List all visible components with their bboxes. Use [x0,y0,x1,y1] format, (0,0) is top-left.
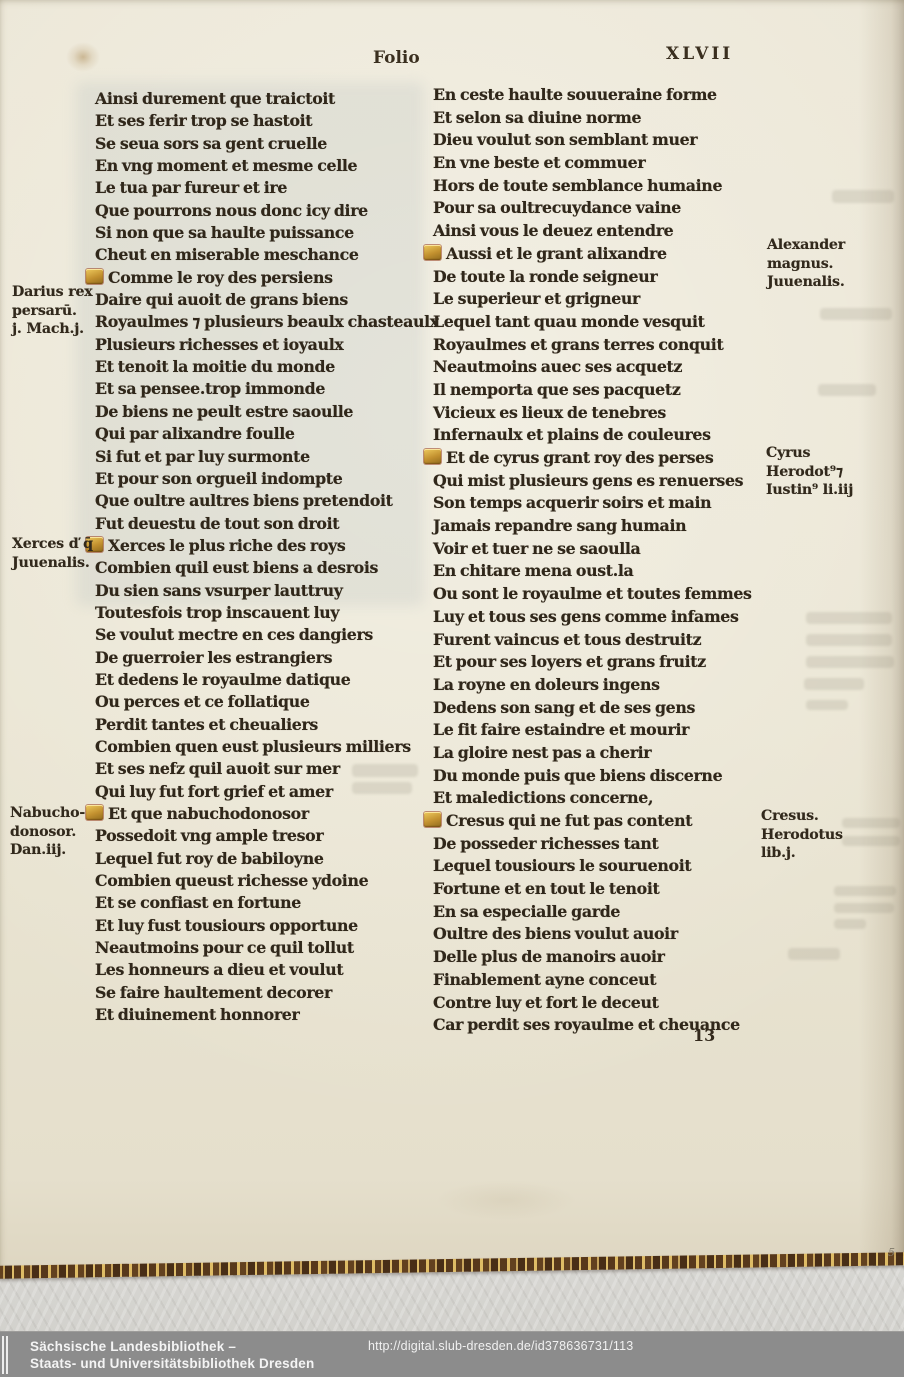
verse-line: La royne en doleurs ingens [433,674,773,697]
verse-line: Et ses ferir trop se hastoit [95,110,435,132]
verse-line: Se faire haultement decorer [95,982,435,1004]
verse-line: Neautmoins auec ses acquetz [433,356,773,379]
bleed-through-smudge [818,384,876,396]
verse-line: Son temps acquerir soirs et main [433,492,773,515]
text-column-right: En ceste haulte souueraine formeEt selon… [433,84,773,1037]
verse-line: Contre luy et fort le deceut [433,992,773,1015]
library-name-line1: Sächsische Landesbibliothek – [30,1338,314,1355]
verse-line: De biens ne peult estre saoulle [95,401,435,423]
edge-pencil-number: 5 [888,1246,895,1259]
verse-line: Que pourrons nous donc icy dire [95,200,435,222]
verse-line: Il nemporta que ses pacquetz [433,379,773,402]
verse-line: Du monde puis que biens discerne [433,765,773,788]
illuminated-paragraph-initial [424,245,441,260]
bleed-through-smudge [806,612,892,624]
margin-note-line: Darius rex [12,283,93,302]
bleed-through-smudge [842,836,900,846]
verse-line: Et tenoit la moitie du monde [95,356,435,378]
verse-line: Se voulut mectre en ces dangiers [95,624,435,646]
verse-line: En chitare mena oust.la [433,560,773,583]
verse-line: Combien quen eust plusieurs milliers [95,736,435,758]
book-page-scan: Folio XLVII Ainsi durement que traictoit… [0,0,904,1280]
margin-note-line: donosor. [10,823,85,842]
margin-note-line: Dan.iij. [10,841,85,860]
verse-line: Et sa pensee.trop immonde [95,378,435,400]
verse-line: Combien queust richesse ydoine [95,870,435,892]
verse-line: Delle plus de manoirs auoir [433,946,773,969]
margin-note-line: Alexander [767,236,845,255]
illuminated-paragraph-initial [424,812,441,827]
bleed-through-smudge [806,700,848,710]
verse-line: Ou sont le royaulme et toutes femmes [433,583,773,606]
verse-line: Perdit tantes et cheualiers [95,714,435,736]
margin-note-line: Juuenalis. [767,273,845,292]
verse-line: Les honneurs a dieu et voulut [95,959,435,981]
library-name: Sächsische Landesbibliothek – Staats- un… [30,1338,314,1372]
verse-line: Le tua par fureur et ire [95,177,435,199]
verse-line: Comme le roy des persiens [86,267,435,289]
margin-note-left-2: Xerces ď q̄Juuenalis. [12,535,93,572]
folio-label: Folio [373,48,420,68]
verse-line: Et que nabuchodonosor [86,803,435,825]
verse-line: Cresus qui ne fut pas content [424,810,773,833]
bleed-through-smudge [788,948,840,960]
margin-note-line: Iustin⁹ li.iij [766,481,853,500]
page-number: 13 [693,1026,715,1045]
footer-decorative-line [6,1336,8,1374]
illuminated-paragraph-initial [86,805,103,820]
folio-number: XLVII [666,44,733,64]
margin-note-line: Cresus. [761,807,843,826]
margin-note-line: Herodotus [761,826,843,845]
bleed-through-smudge [834,919,866,929]
verse-line: Le superieur et grigneur [433,288,773,311]
bleed-through-smudge [834,903,894,913]
verse-line: Xerces le plus riche des roys [86,535,435,557]
verse-line: Combien quil eust biens a desrois [95,557,435,579]
verse-line: En sa especialle garde [433,901,773,924]
verse-line: Possedoit vng ample tresor [95,825,435,847]
verse-line: Toutesfois trop inscauent luy [95,602,435,624]
library-name-line2: Staats- und Universitätsbibliothek Dresd… [30,1355,314,1372]
verse-line: Plusieurs richesses et ioyaulx [95,334,435,356]
verse-line: Et se confiast en fortune [95,892,435,914]
verse-line: Fut deuestu de tout son droit [95,513,435,535]
parchment-stain [66,42,100,72]
verse-line: Finablement ayne conceut [433,969,773,992]
bleed-through-smudge [842,818,900,828]
illuminated-paragraph-initial [424,449,441,464]
margin-note-line: persarū. [12,302,93,321]
verse-line: Ainsi durement que traictoit [95,88,435,110]
bleed-through-smudge [352,782,412,794]
verse-line: Oultre des biens voulut auoir [433,923,773,946]
verse-line: Et de cyrus grant roy des perses [424,447,773,470]
verse-line: Lequel tousiours le souruenoit [433,855,773,878]
bleed-through-smudge [806,634,892,646]
verse-line: Et luy fust tousiours opportune [95,915,435,937]
verse-line: Que oultre aultres biens pretendoit [95,490,435,512]
text-column-left: Ainsi durement que traictoitEt ses ferir… [95,88,435,1026]
verse-line: Qui par alixandre foulle [95,423,435,445]
verse-line: De toute la ronde seigneur [433,266,773,289]
margin-note-right-3: Cresus.Herodotuslib.j. [761,807,843,863]
verse-line: En ceste haulte souueraine forme [433,84,773,107]
footer-decorative-line [2,1336,4,1374]
verse-line: Le fit faire estaindre et mourir [433,719,773,742]
verse-line: Infernaulx et plains de couleures [433,424,773,447]
verse-line: Royaulmes ⁊ plusieurs beaulx chasteaulx [95,311,435,333]
verse-line: De posseder richesses tant [433,833,773,856]
verse-line: Neautmoins pour ce quil tollut [95,937,435,959]
verse-line: Et pour ses loyers et grans fruitz [433,651,773,674]
verse-line: Du sien sans vsurper lauttruy [95,580,435,602]
verse-line: Daire qui auoit de grans biens [95,289,435,311]
verse-line: Et diuinement honnorer [95,1004,435,1026]
verse-line: En vne beste et commuer [433,152,773,175]
verse-line: Si fut et par luy surmonte [95,446,435,468]
verse-line: Se seua sors sa gent cruelle [95,133,435,155]
verse-line: Dieu voulut son semblant muer [433,129,773,152]
margin-note-line: lib.j. [761,844,843,863]
parchment-stain [436,1180,576,1220]
margin-note-line: Cyrus [766,444,853,463]
verse-line: Furent vaincus et tous destruitz [433,629,773,652]
verse-line: Pour sa oultrecuydance vaine [433,197,773,220]
illuminated-paragraph-initial [86,269,103,284]
margin-note-line: Xerces ď q̄ [12,535,93,554]
digital-object-url: http://digital.slub-dresden.de/id3786367… [368,1339,633,1353]
bleed-through-smudge [834,886,896,896]
verse-line: Et pour son orgueil indompte [95,468,435,490]
verse-line: Lequel tant quau monde vesquit [433,311,773,334]
verse-line: Si non que sa haulte puissance [95,222,435,244]
margin-note-line: magnus. [767,255,845,274]
verse-line: Car perdit ses royaulme et cheuance [433,1014,773,1037]
library-footer-bar: Sächsische Landesbibliothek – Staats- un… [0,1331,904,1377]
verse-line: Vicieux es lieux de tenebres [433,402,773,425]
margin-note-left-3: Nabucho-donosor.Dan.iij. [10,804,85,860]
verse-line: Jamais repandre sang humain [433,515,773,538]
verse-line: Royaulmes et grans terres conquit [433,334,773,357]
verse-line: Ou perces et ce follatique [95,691,435,713]
verse-line: De guerroier les estrangiers [95,647,435,669]
verse-line: Qui mist plusieurs gens es renuerses [433,470,773,493]
verse-line: En vng moment et mesme celle [95,155,435,177]
bleed-through-smudge [804,678,864,690]
verse-line: La gloire nest pas a cherir [433,742,773,765]
verse-line: Luy et tous ses gens comme infames [433,606,773,629]
verse-line: Aussi et le grant alixandre [424,243,773,266]
bleed-through-smudge [832,190,894,203]
margin-note-left-1: Darius rexpersarū.j. Mach.j. [12,283,93,339]
bleed-through-smudge [820,308,892,320]
verse-line: Hors de toute semblance humaine [433,175,773,198]
verse-line: Et maledictions concerne, [433,787,773,810]
margin-note-line: Juuenalis. [12,554,93,573]
margin-note-right-1: Alexandermagnus.Juuenalis. [767,236,845,292]
verse-line: Et dedens le royaulme datique [95,669,435,691]
verse-line: Dedens son sang et de ses gens [433,697,773,720]
verse-line: Cheut en miserable meschance [95,244,435,266]
bleed-through-smudge [806,656,894,668]
margin-note-line: Herodot⁹⁊ [766,463,853,482]
bleed-through-smudge [352,764,418,777]
margin-note-line: j. Mach.j. [12,320,93,339]
margin-note-right-2: CyrusHerodot⁹⁊Iustin⁹ li.iij [766,444,853,500]
margin-note-line: Nabucho- [10,804,85,823]
verse-line: Ainsi vous le deuez entendre [433,220,773,243]
verse-line: Et selon sa diuine norme [433,107,773,130]
verse-line: Voir et tuer ne se saoulla [433,538,773,561]
verse-line: Lequel fut roy de babiloyne [95,848,435,870]
verse-line: Fortune et en tout le tenoit [433,878,773,901]
